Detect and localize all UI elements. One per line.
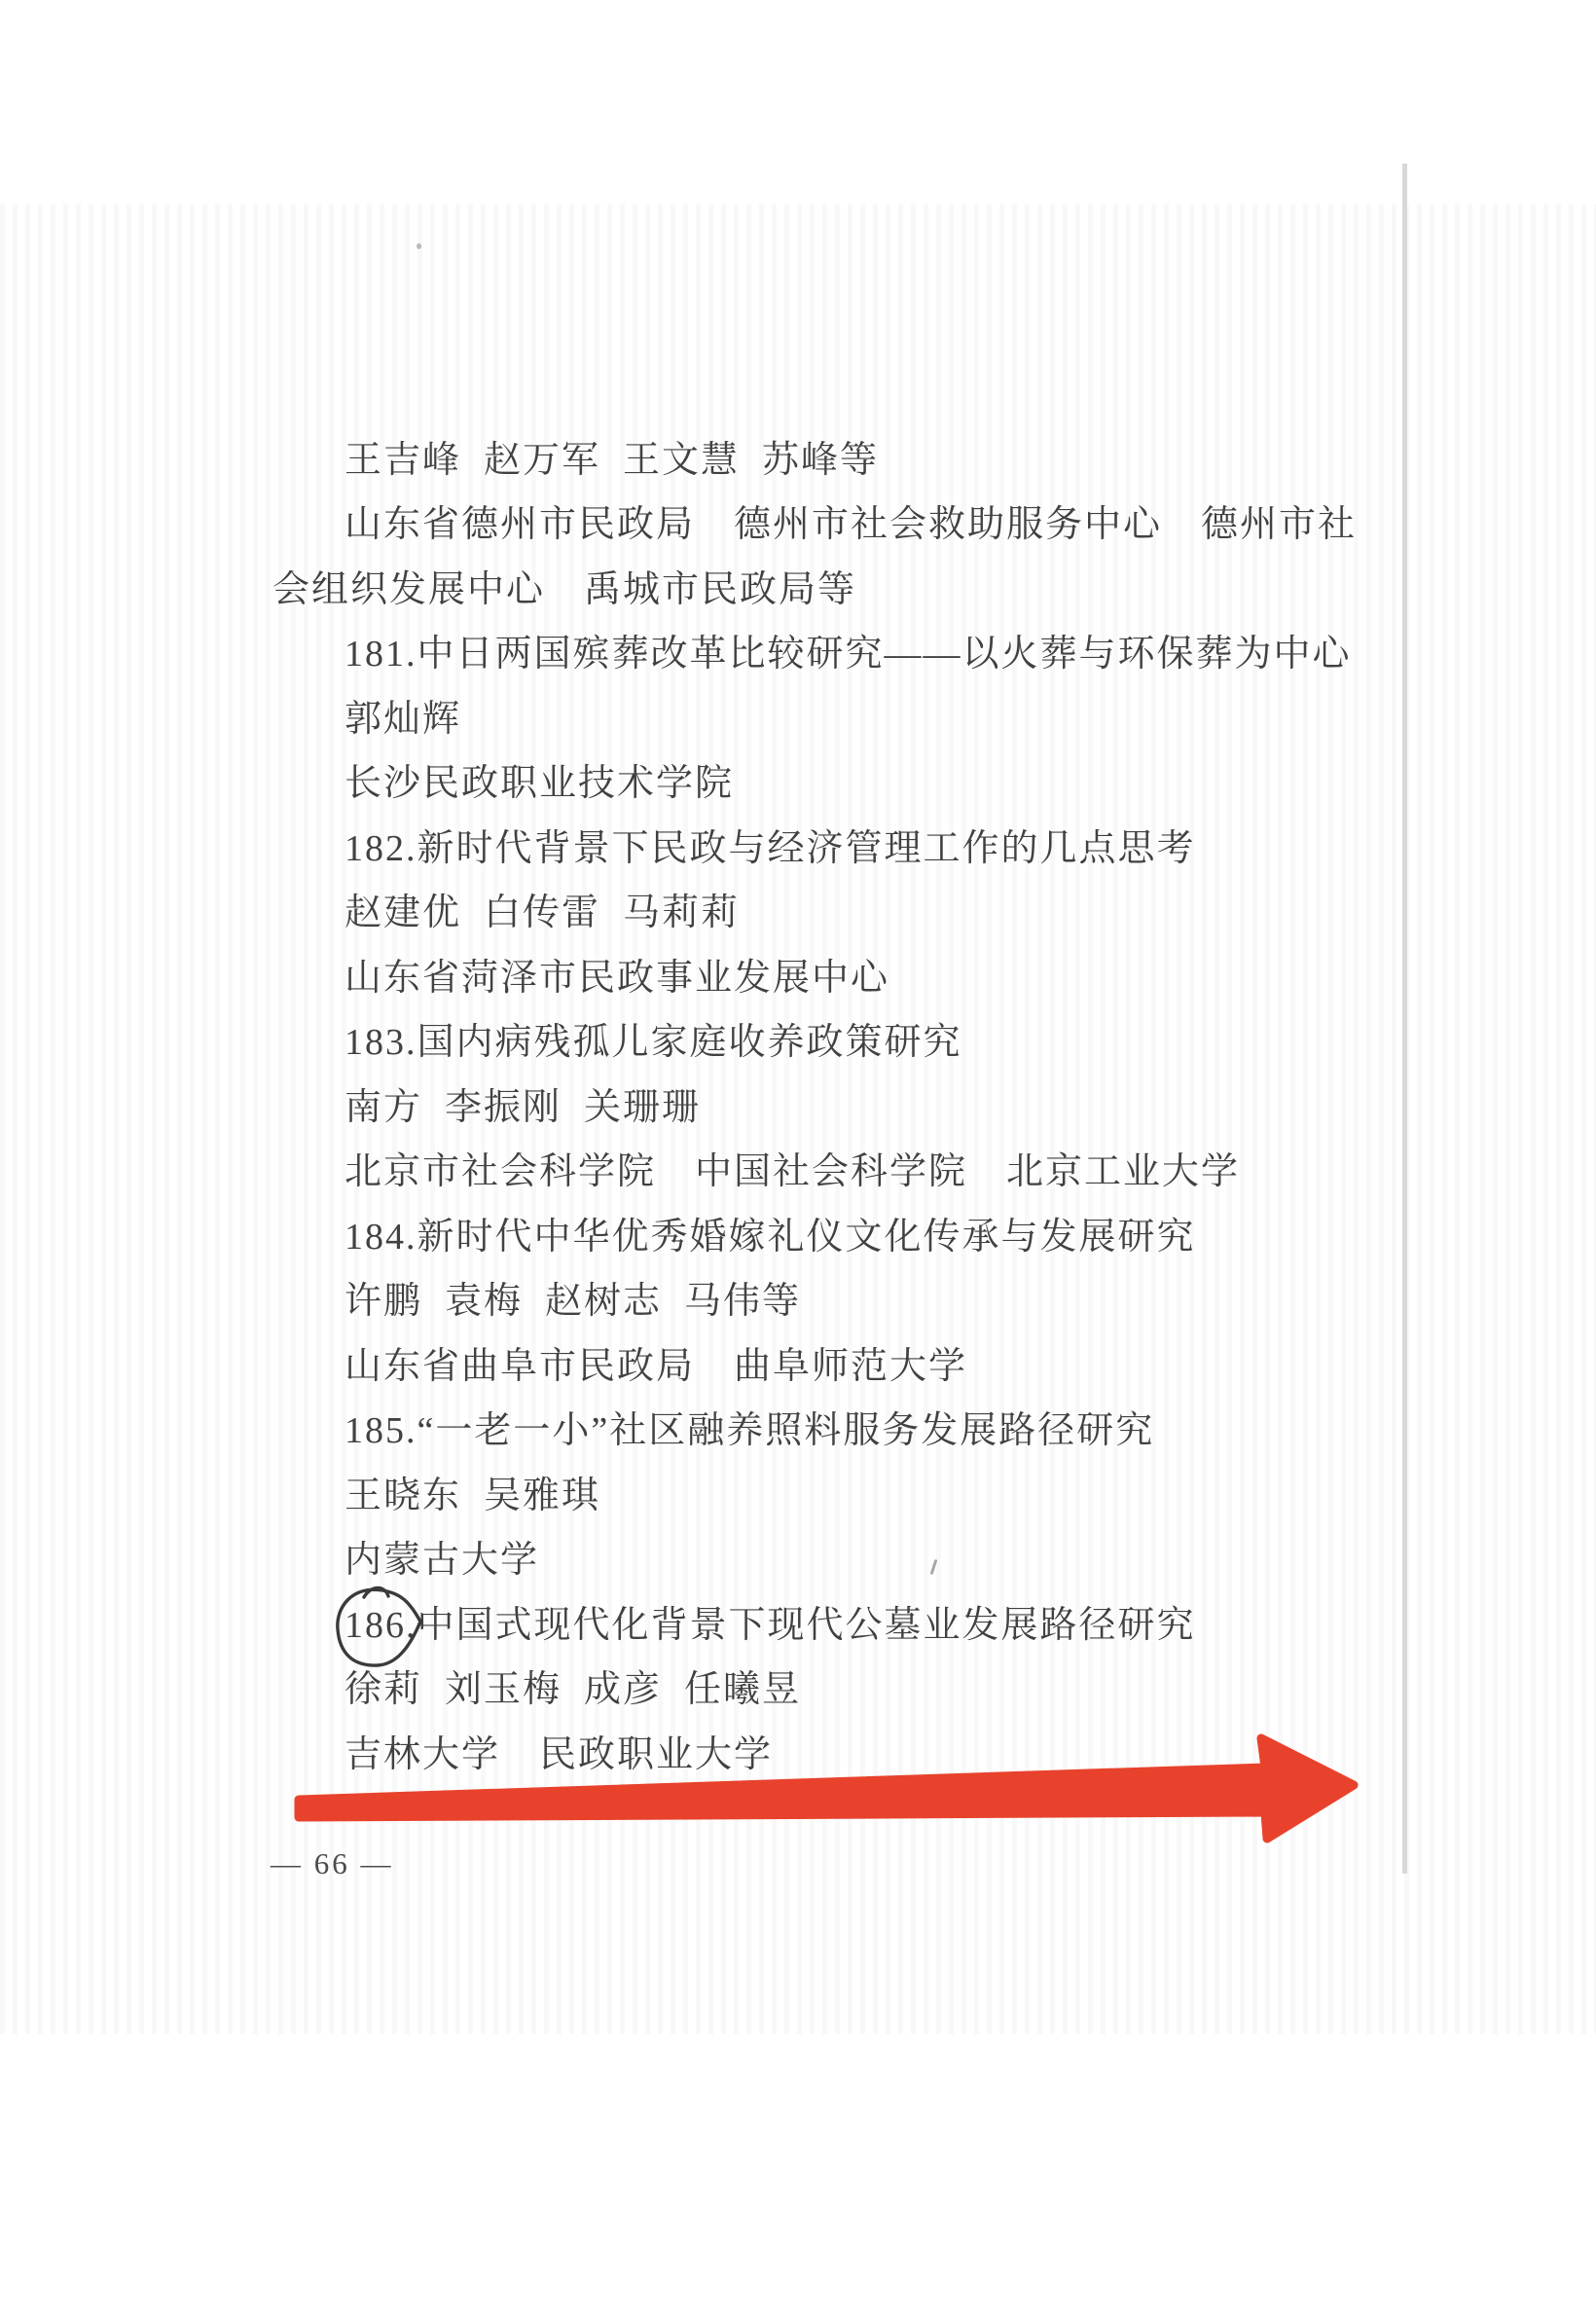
orgs-line-182: 山东省菏泽市民政事业发展中心 <box>345 960 889 999</box>
orgs-line-184: 山东省曲阜市民政局 曲阜师范大学 <box>345 1348 967 1387</box>
authors-line-185: 王晓东 吴雅琪 <box>345 1477 600 1516</box>
right-scan-rule <box>1402 164 1407 1874</box>
entry-title-181: 181.中日两国殡葬改革比较研究——以火葬与环保葬为中心 <box>345 636 1352 675</box>
authors-line-182: 赵建优 白传雷 马莉莉 <box>345 894 740 933</box>
entry-title-186: 186.中国式现代化背景下现代公墓业发展路径研究 <box>345 1607 1196 1646</box>
entry-title-183: 183.国内病残孤儿家庭收养政策研究 <box>345 1024 962 1063</box>
authors-line-184: 许鹏 袁梅 赵树志 马伟等 <box>345 1283 801 1322</box>
entry-title-185: 185.“一老一小”社区融养照料服务发展路径研究 <box>345 1412 1154 1451</box>
scan-speck-top <box>417 243 421 249</box>
orgs-line-183: 北京市社会科学院 中国社会科学院 北京工业大学 <box>345 1153 1240 1192</box>
entry-title-182: 182.新时代背景下民政与经济管理工作的几点思考 <box>345 830 1196 869</box>
authors-line-180: 王吉峰 赵万军 王文慧 苏峰等 <box>345 442 879 481</box>
authors-line-181: 郭灿辉 <box>345 701 461 740</box>
orgs-line-181: 长沙民政职业技术学院 <box>345 765 734 804</box>
scan-speck-mid <box>930 1559 938 1575</box>
page-number: — 66 — <box>271 1846 394 1881</box>
orgs-line-180b: 会组织发展中心 禹城市民政局等 <box>272 571 856 610</box>
authors-line-186: 徐莉 刘玉梅 成彦 任曦昱 <box>345 1671 801 1710</box>
scanned-document-page: 王吉峰 赵万军 王文慧 苏峰等 山东省德州市民政局 德州市社会救助服务中心 德州… <box>0 0 1596 2297</box>
entry-title-184: 184.新时代中华优秀婚嫁礼仪文化传承与发展研究 <box>345 1219 1196 1258</box>
authors-line-183: 南方 李振刚 关珊珊 <box>345 1089 701 1128</box>
orgs-line-186: 吉林大学 民政职业大学 <box>345 1736 773 1775</box>
annotation-layer <box>0 0 1596 2297</box>
orgs-line-185: 内蒙古大学 <box>345 1542 539 1581</box>
orgs-line-180a: 山东省德州市民政局 德州市社会救助服务中心 德州市社 <box>345 506 1357 545</box>
handdrawn-circle-186-overlap <box>364 1587 388 1597</box>
